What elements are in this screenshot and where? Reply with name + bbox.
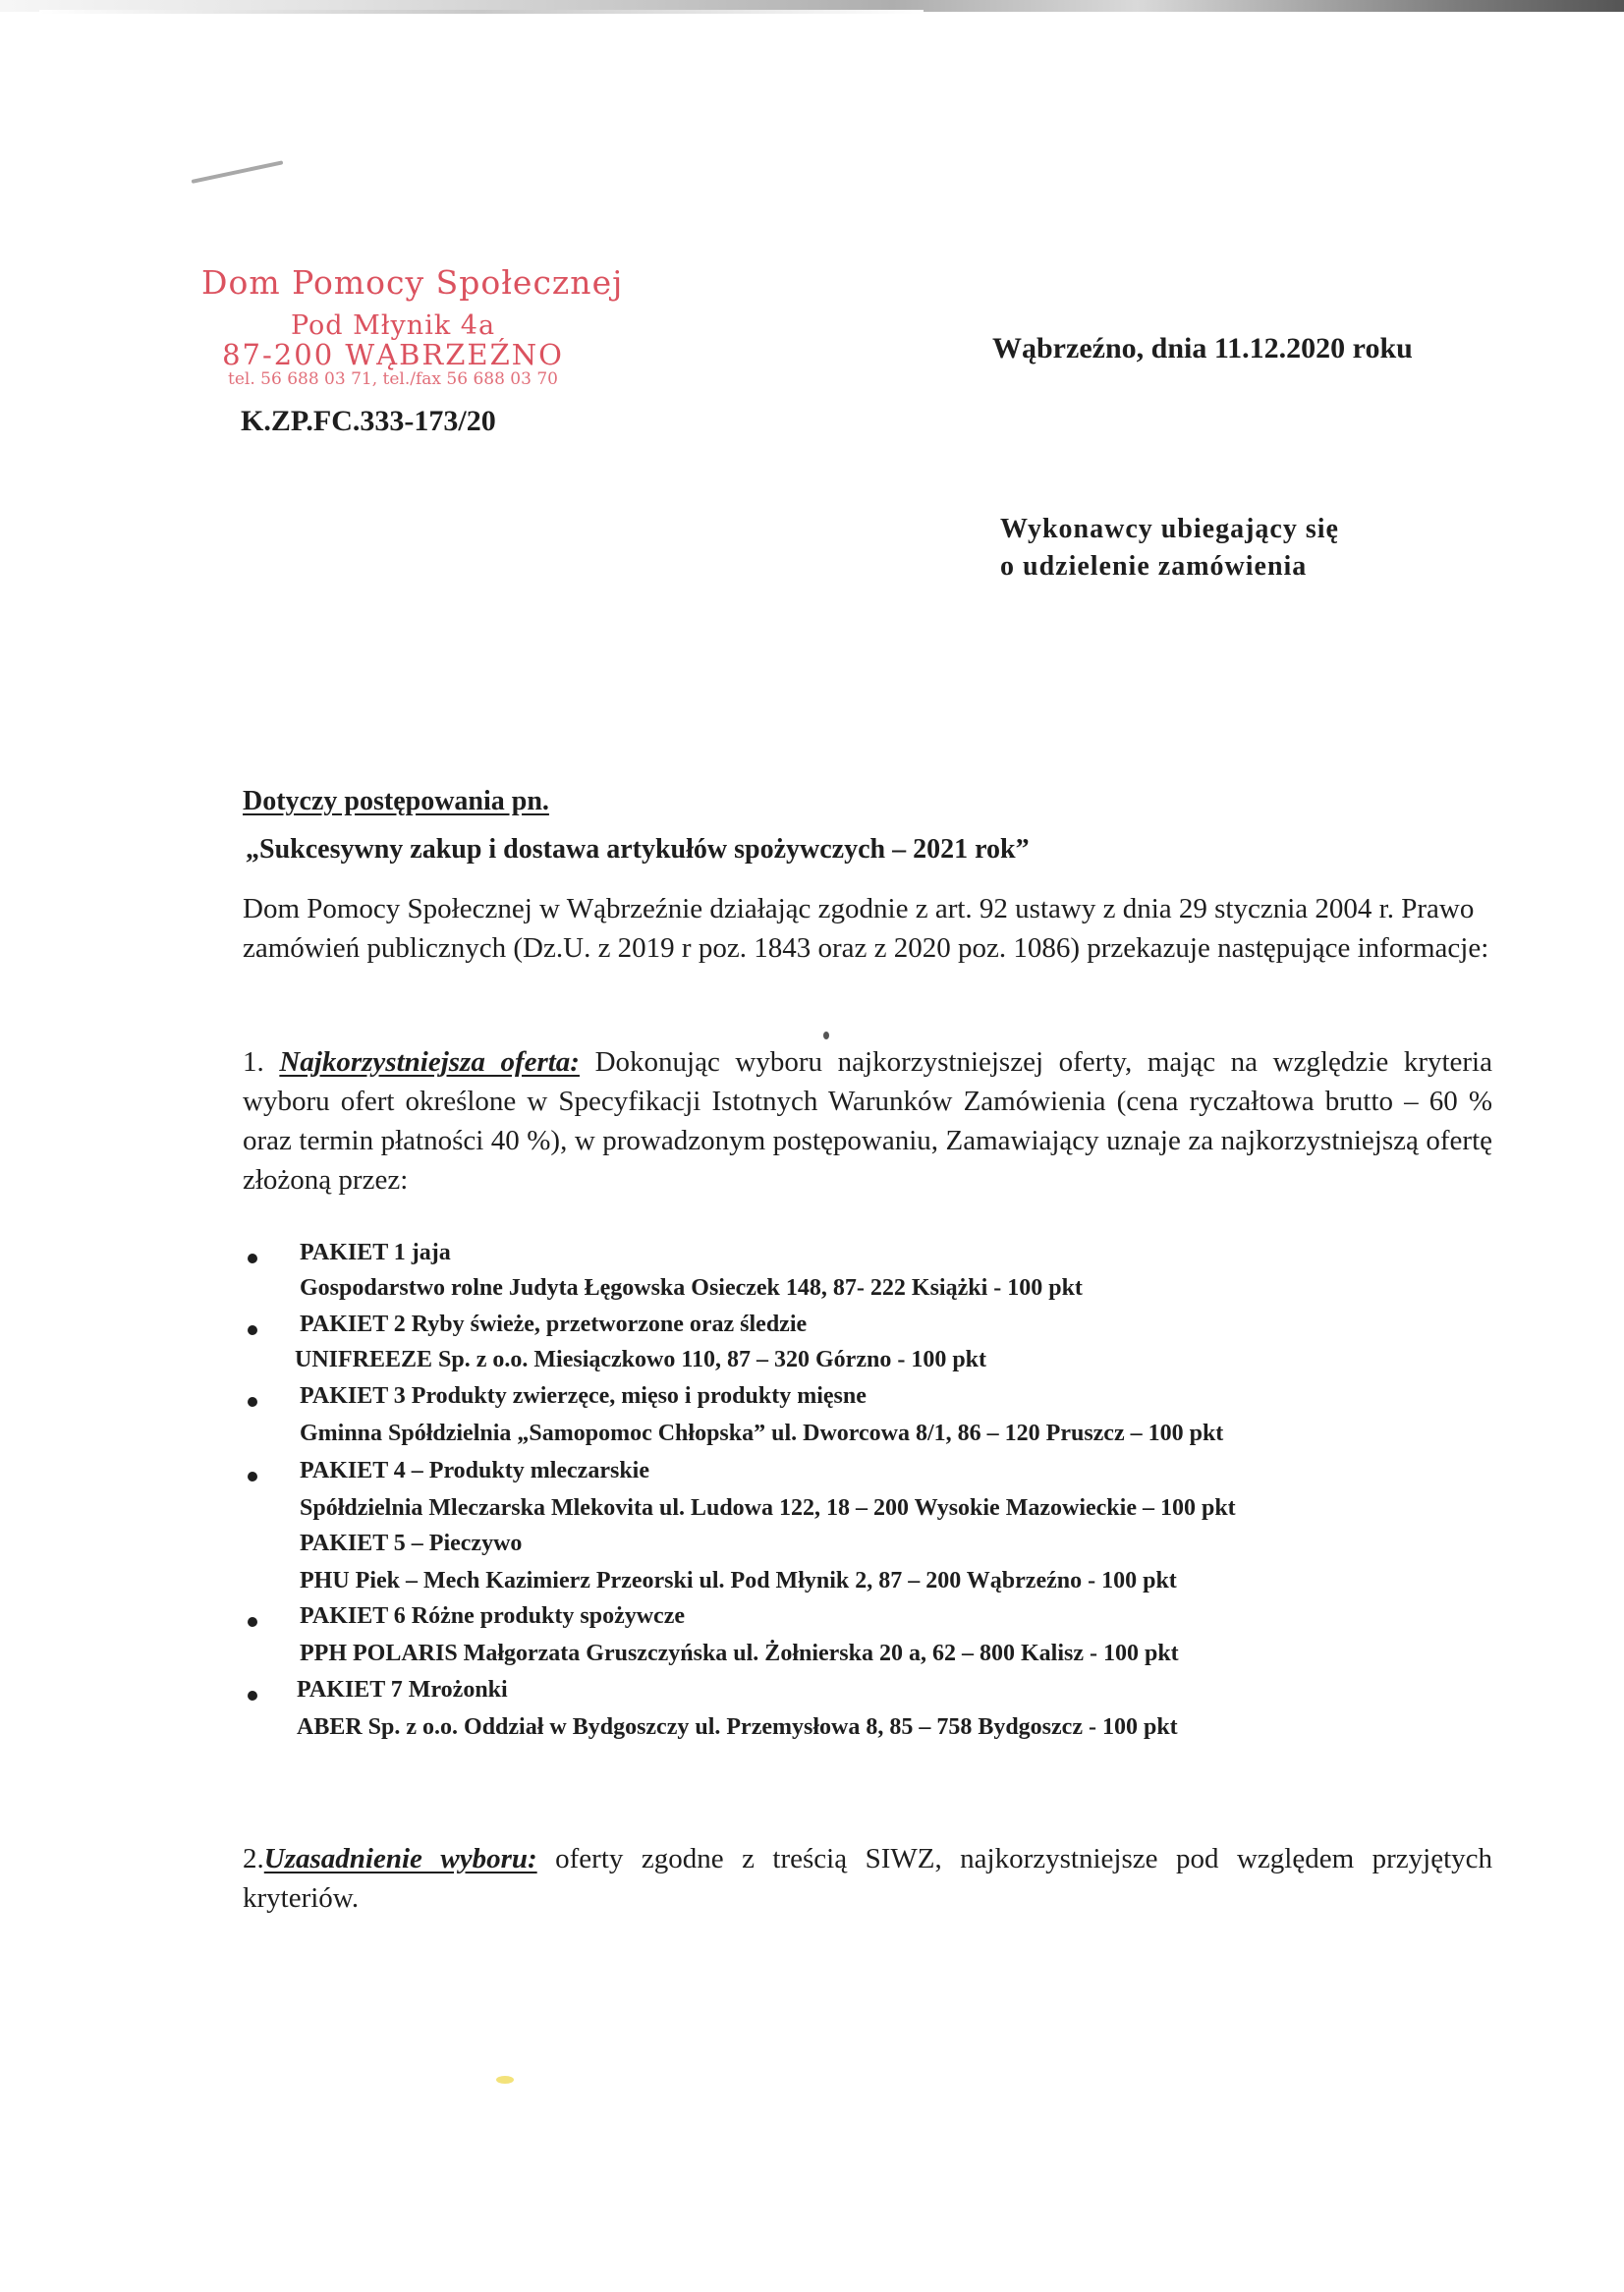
package-winner: Gospodarstwo rolne Judyta Łęgowska Osiec… [300, 1275, 1083, 1302]
bullet-icon [248, 1397, 257, 1407]
scan-speck [823, 1032, 829, 1039]
package-title: PAKIET 3 Produkty zwierzęce, mięso i pro… [300, 1383, 867, 1410]
package-winner: PPH POLARIS Małgorzata Gruszczyńska ul. … [300, 1641, 1179, 1667]
subject-heading: Dotyczy postępowania pn. [243, 786, 549, 817]
package-winner: UNIFREEZE Sp. z o.o. Miesiączkowo 110, 8… [295, 1347, 986, 1373]
package-winner: Gminna Spółdzielnia „Samopomoc Chłopska”… [300, 1421, 1223, 1447]
reference-number: K.ZP.FC.333-173/20 [241, 405, 496, 438]
intro-paragraph: Dom Pomocy Społecznej w Wąbrzeźnie dział… [243, 889, 1492, 968]
section-1-label: Najkorzystniejsza oferta: [279, 1046, 580, 1078]
date-line: Wąbrzeźno, dnia 11.12.2020 roku [992, 332, 1413, 365]
section-2-number: 2. [243, 1843, 264, 1874]
stamp-line-2: Pod Młynik 4a [201, 310, 585, 341]
scan-edge-line [39, 10, 924, 14]
bullet-icon [248, 1691, 257, 1701]
stamp-line-4: tel. 56 688 03 71, tel./fax 56 688 03 70 [201, 369, 585, 389]
package-title: PAKIET 4 – Produkty mleczarskie [300, 1458, 649, 1484]
package-title: PAKIET 7 Mrożonki [297, 1677, 508, 1704]
package-title: PAKIET 6 Różne produkty spożywcze [300, 1603, 685, 1630]
bullet-icon [248, 1472, 257, 1481]
stamp-line-3: 87-200 WĄBRZEŹNO [201, 338, 585, 371]
package-title: PAKIET 5 – Pieczywo [300, 1531, 522, 1557]
highlighter-speck [496, 2076, 514, 2084]
package-title: PAKIET 2 Ryby świeże, przetworzone oraz … [300, 1312, 807, 1338]
section-1-paragraph: 1. Najkorzystniejsza oferta: Dokonując w… [243, 1042, 1492, 1200]
package-winner: PHU Piek – Mech Kazimierz Przeorski ul. … [300, 1568, 1177, 1594]
pen-mark [192, 160, 284, 184]
subject-title: „Sukcesywny zakup i dostawa artykułów sp… [246, 834, 1030, 866]
section-2-paragraph: 2.Uzasadnienie wyboru: oferty zgodne z t… [243, 1839, 1492, 1918]
addressee-line-2: o udzielenie zamówienia [1000, 551, 1307, 583]
package-winner: Spółdzielnia Mleczarska Mlekovita ul. Lu… [300, 1495, 1236, 1522]
bullet-icon [248, 1254, 257, 1263]
bullet-icon [248, 1325, 257, 1335]
package-title: PAKIET 1 jaja [300, 1240, 451, 1266]
bullet-icon [248, 1617, 257, 1627]
addressee-line-1: Wykonawcy ubiegający się [1000, 514, 1339, 545]
stamp-line-1: Dom Pomocy Społecznej [201, 263, 585, 302]
section-2-label: Uzasadnienie wyboru: [264, 1843, 537, 1874]
section-1-number: 1. [243, 1046, 279, 1078]
package-winner: ABER Sp. z o.o. Oddział w Bydgoszczy ul.… [297, 1714, 1178, 1741]
